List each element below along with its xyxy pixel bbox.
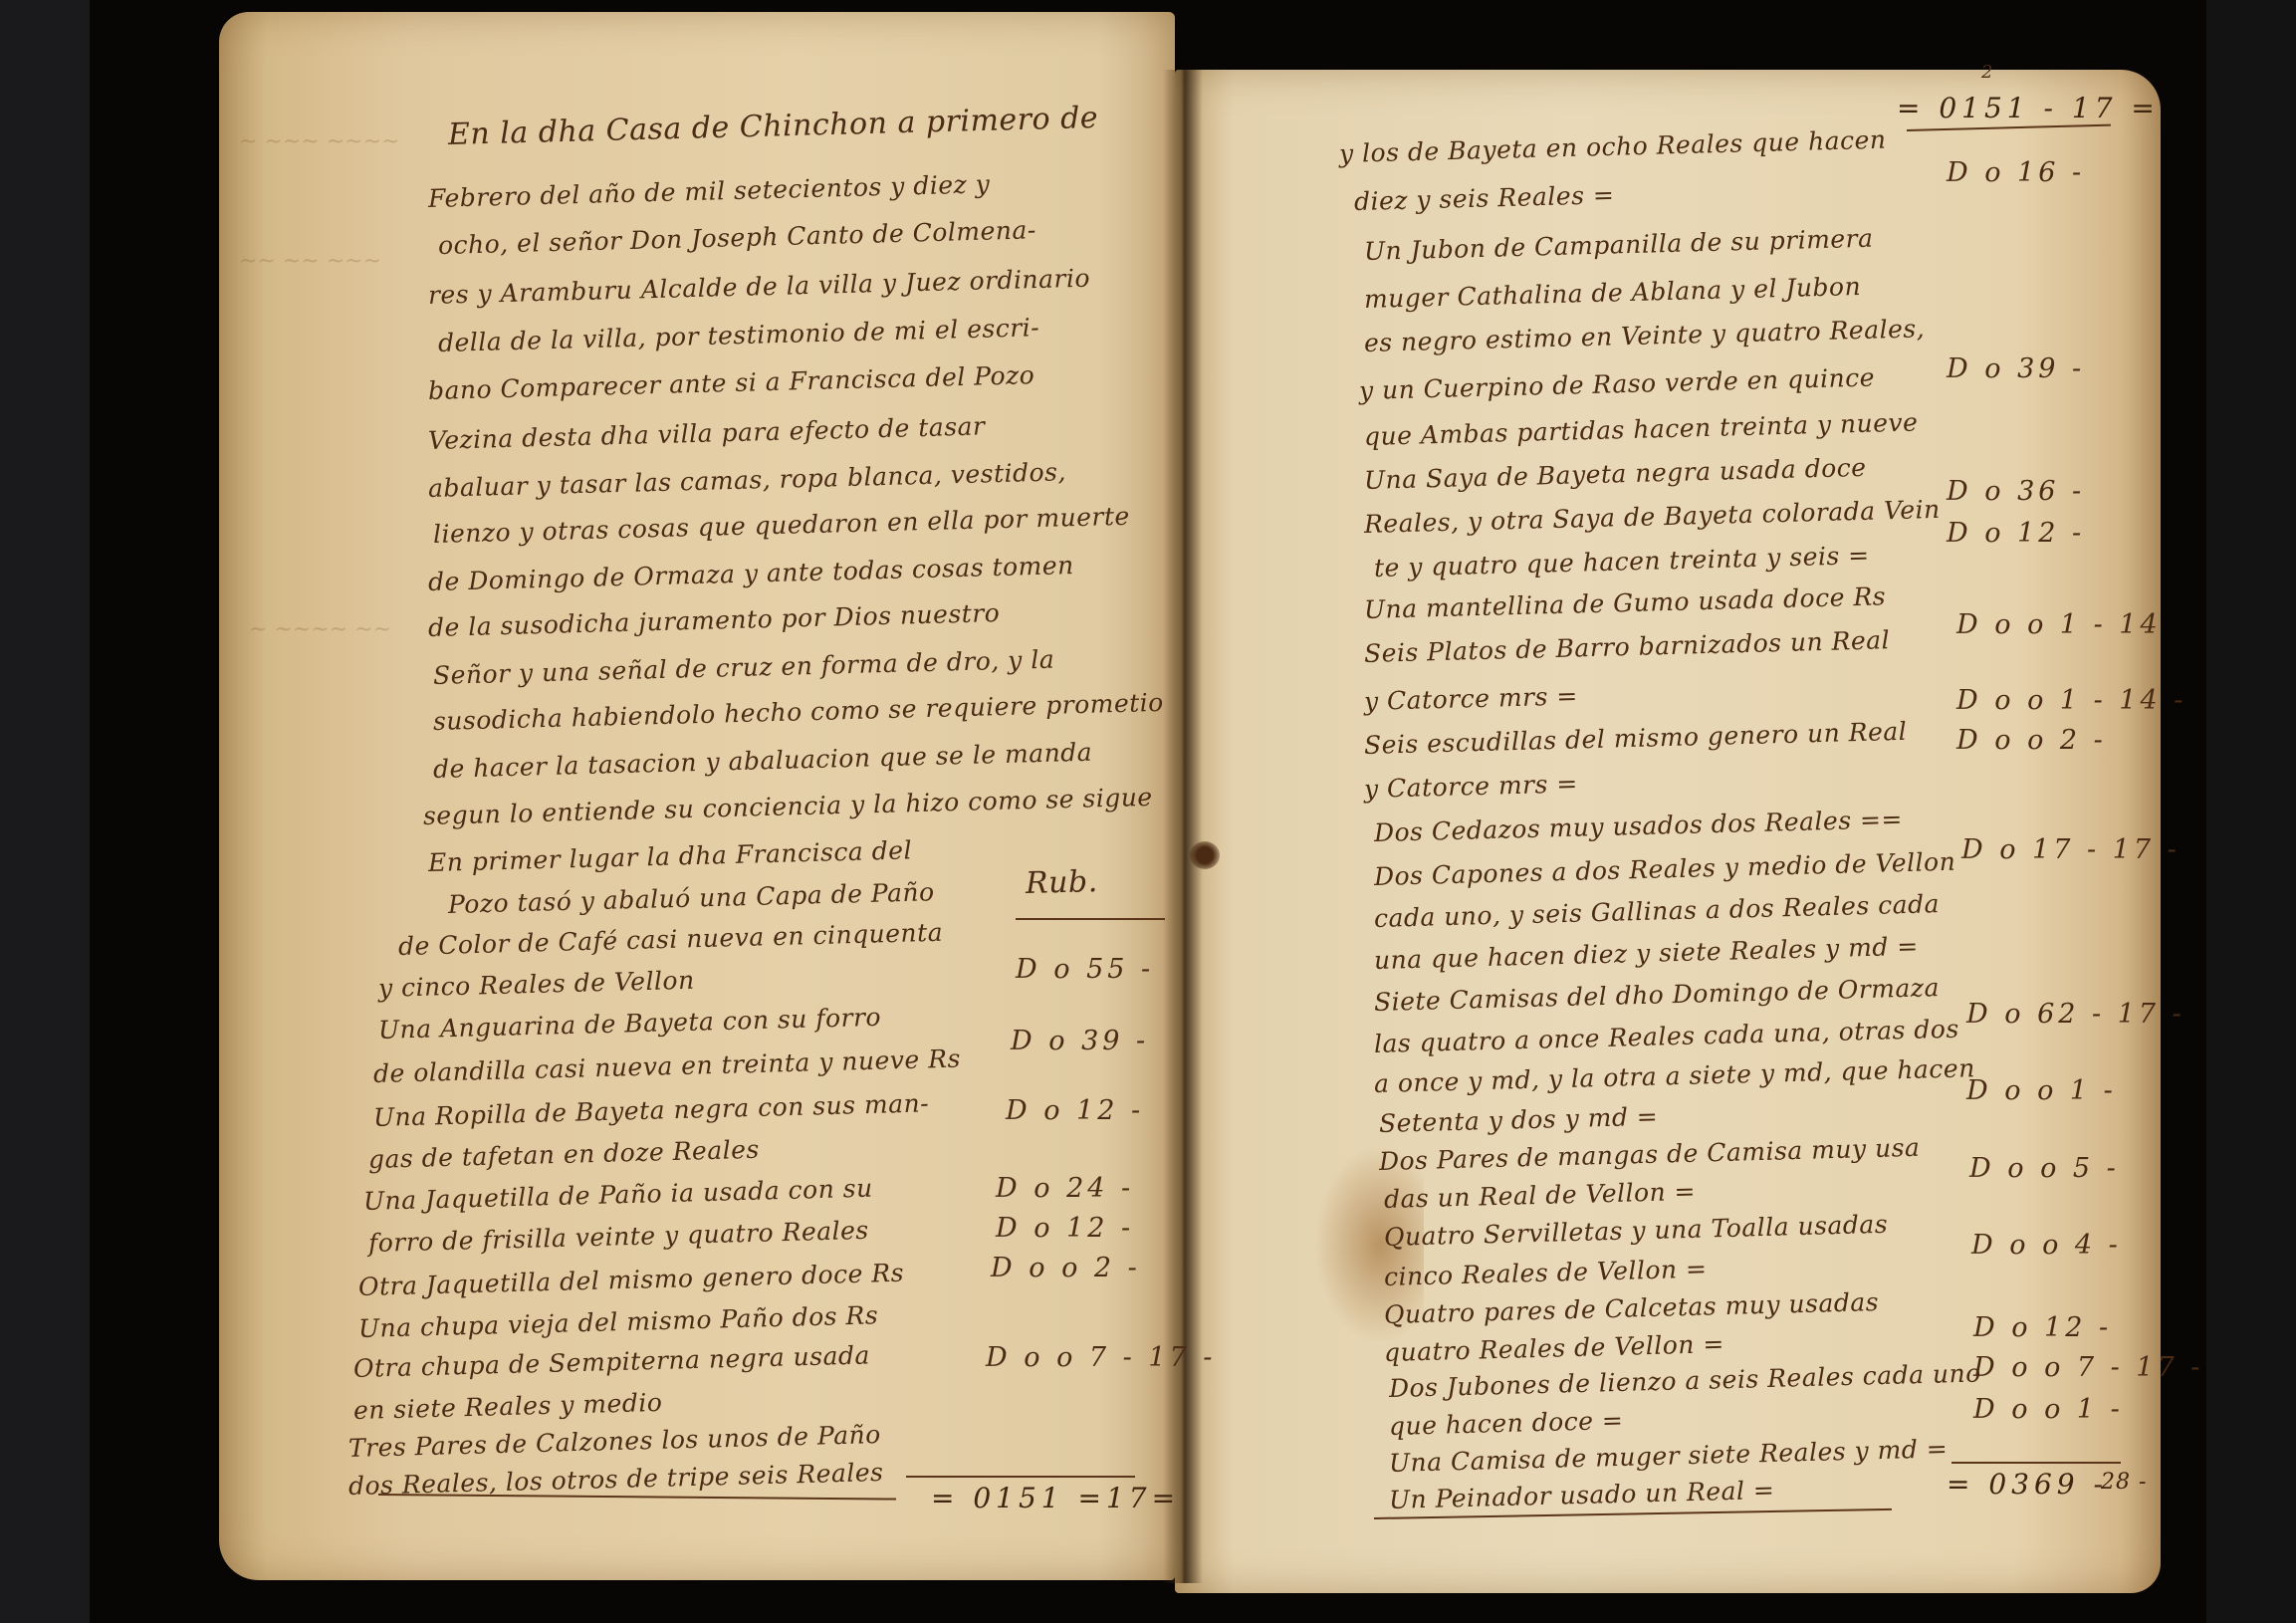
carried-forward-total: = 0151 - 17 = xyxy=(1897,92,2160,124)
amount-entry: D o o 7 - 17 - xyxy=(1973,1352,2203,1383)
manuscript-line: que hacen doce = xyxy=(1389,1406,1624,1441)
bleed-through-text: ~~ ~~ ~~~ xyxy=(239,249,381,274)
amount-entry: D o 12 - xyxy=(1006,1095,1144,1126)
amount-entry: D o o 4 - xyxy=(1971,1230,2122,1261)
amount-entry: D o 16 - xyxy=(1947,157,2085,188)
marginal-rubric: Rub. xyxy=(1026,864,1099,901)
amount-entry: D o o 1 - 14 - xyxy=(1956,685,2186,716)
amount-entry: D o 36 - xyxy=(1947,476,2085,507)
left-page-total: = 0151 =17= xyxy=(931,1482,1180,1514)
amount-entry: D o 39 - xyxy=(1011,1026,1149,1056)
bleed-through-text: ~ ~~~~ ~~ xyxy=(249,617,391,642)
amount-entry: D o o 1 - 14 xyxy=(1956,609,2162,640)
ink-blot xyxy=(1190,841,1220,869)
total-rule xyxy=(906,1476,1135,1478)
amount-entry: D o 12 - xyxy=(1973,1312,2112,1343)
amount-entry: D o o 1 - xyxy=(1973,1394,2124,1425)
amount-entry: D o o 2 - xyxy=(991,1253,1141,1283)
right-page-total: = 0369 - xyxy=(1947,1468,2108,1501)
amount-entry: D o 62 - 17 - xyxy=(1966,999,2185,1030)
amount-entry: D o o 5 - xyxy=(1969,1153,2120,1184)
amount-entry: D o 55 - xyxy=(1016,954,1154,985)
scan-frame-left xyxy=(0,0,90,1623)
carried-superscript: 2 xyxy=(1981,62,1993,83)
total-rule xyxy=(1952,1462,2121,1464)
right-page-total-maravedis: 28 - xyxy=(2101,1470,2147,1495)
amount-entry: D o o 7 - 17 - xyxy=(986,1342,1216,1373)
amount-entry: D o 12 - xyxy=(996,1213,1134,1244)
scan-frame-right xyxy=(2206,0,2296,1623)
amount-entry: D o 12 - xyxy=(1947,518,2085,549)
manuscript-line: y Catorce mrs = xyxy=(1364,769,1578,804)
amount-entry: D o 24 - xyxy=(996,1173,1134,1204)
amount-entry: D o o 2 - xyxy=(1956,725,2107,756)
amount-entry: D o 39 - xyxy=(1947,353,2085,384)
amount-entry: D o 17 - 17 - xyxy=(1961,834,2181,865)
amount-entry: D o o 1 - xyxy=(1966,1075,2117,1106)
manuscript-line: y Catorce mrs = xyxy=(1364,681,1578,716)
rubric-underline xyxy=(1016,918,1165,920)
bleed-through-text: ~ ~~~ ~~~~ xyxy=(239,129,399,154)
